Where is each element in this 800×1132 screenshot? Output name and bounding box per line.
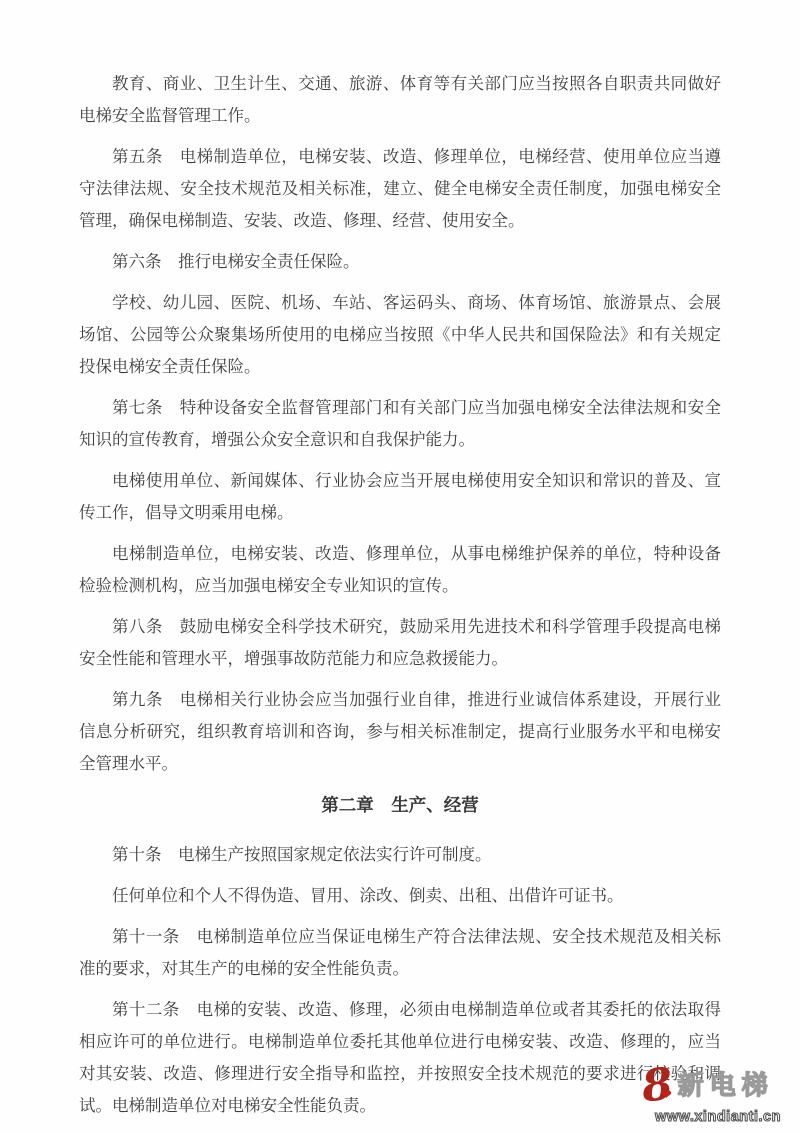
heart-icon: ❤ [661,1089,672,1102]
paragraph: 第八条 鼓励电梯安全科学技术研究，鼓励采用先进技术和科学管理手段提高电梯安全性能… [79,611,721,675]
paragraph: 电梯制造单位，电梯安装、改造、修理单位，从事电梯维护保养的单位，特种设备检验检测… [79,538,721,602]
paragraph: 第五条 电梯制造单位，电梯安装、改造、修理单位，电梯经营、使用单位应当遵守法律法… [79,141,721,237]
paragraph: 教育、商业、卫生计生、交通、旅游、体育等有关部门应当按照各自职责共同做好电梯安全… [79,68,721,132]
logo-row: 8 ❤ 新电梯 [642,1065,794,1107]
paragraph: 电梯使用单位、新闻媒体、行业协会应当开展电梯使用安全知识和常识的普及、宣传工作，… [79,465,721,529]
paragraph: 第六条 推行电梯安全责任保险。 [79,246,721,278]
website-url: www.xindianti.cn [642,1109,794,1125]
paragraph: 第九条 电梯相关行业协会应当加强行业自律，推进行业诚信体系建设，开展行业信息分析… [79,684,721,780]
document-body: 教育、商业、卫生计生、交通、旅游、体育等有关部门应当按照各自职责共同做好电梯安全… [79,68,721,1131]
paragraph: 第十一条 电梯制造单位应当保证电梯生产符合法律法规、安全技术规范及相关标准的要求… [79,921,721,985]
brand-name: 新电梯 [678,1073,774,1099]
paragraph: 学校、幼儿园、医院、机场、车站、客运码头、商场、体育场馆、旅游景点、会展场馆、公… [79,287,721,383]
xindianti-watermark: 8 ❤ 新电梯 www.xindianti.cn [642,1065,794,1125]
chapter-heading: 第二章 生产、经营 [79,789,721,821]
paragraph: 第十二条 电梯的安装、改造、修理，必须由电梯制造单位或者其委托的依法取得相应许可… [79,994,721,1122]
paragraph: 第十条 电梯生产按照国家规定依法实行许可制度。 [79,839,721,871]
document-page: 教育、商业、卫生计生、交通、旅游、体育等有关部门应当按照各自职责共同做好电梯安全… [0,0,800,1132]
paragraph: 任何单位和个人不得伪造、冒用、涂改、倒卖、出租、出借许可证书。 [79,880,721,912]
paragraph: 第七条 特种设备安全监督管理部门和有关部门应当加强电梯安全法律法规和安全知识的宣… [79,392,721,456]
